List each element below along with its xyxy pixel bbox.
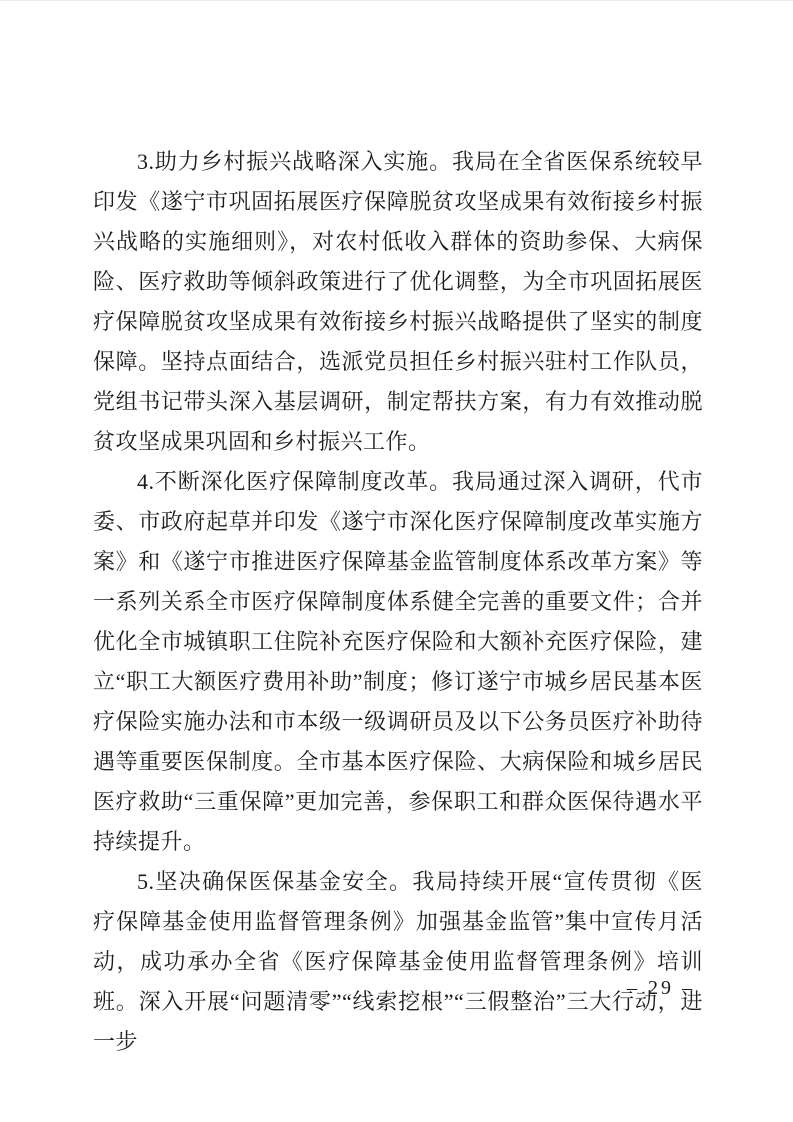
paragraph-3-rural-revitalization: 3.助力乡村振兴战略深入实施。我局在全省医保系统较早印发《遂宁市巩固拓展医疗保障… xyxy=(93,142,703,462)
page-number: – 29 – xyxy=(627,975,695,1001)
paragraph-4-medical-insurance-reform: 4.不断深化医疗保障制度改革。我局通过深入调研，代市委、市政府起草并印发《遂宁市… xyxy=(93,462,703,862)
paragraph-5-fund-safety: 5.坚决确保医保基金安全。我局持续开展“宣传贯彻《医疗保障基金使用监督管理条例》… xyxy=(93,862,703,1062)
document-page: 3.助力乡村振兴战略深入实施。我局在全省医保系统较早印发《遂宁市巩固拓展医疗保障… xyxy=(0,0,793,1122)
document-body: 3.助力乡村振兴战略深入实施。我局在全省医保系统较早印发《遂宁市巩固拓展医疗保障… xyxy=(93,142,703,1062)
